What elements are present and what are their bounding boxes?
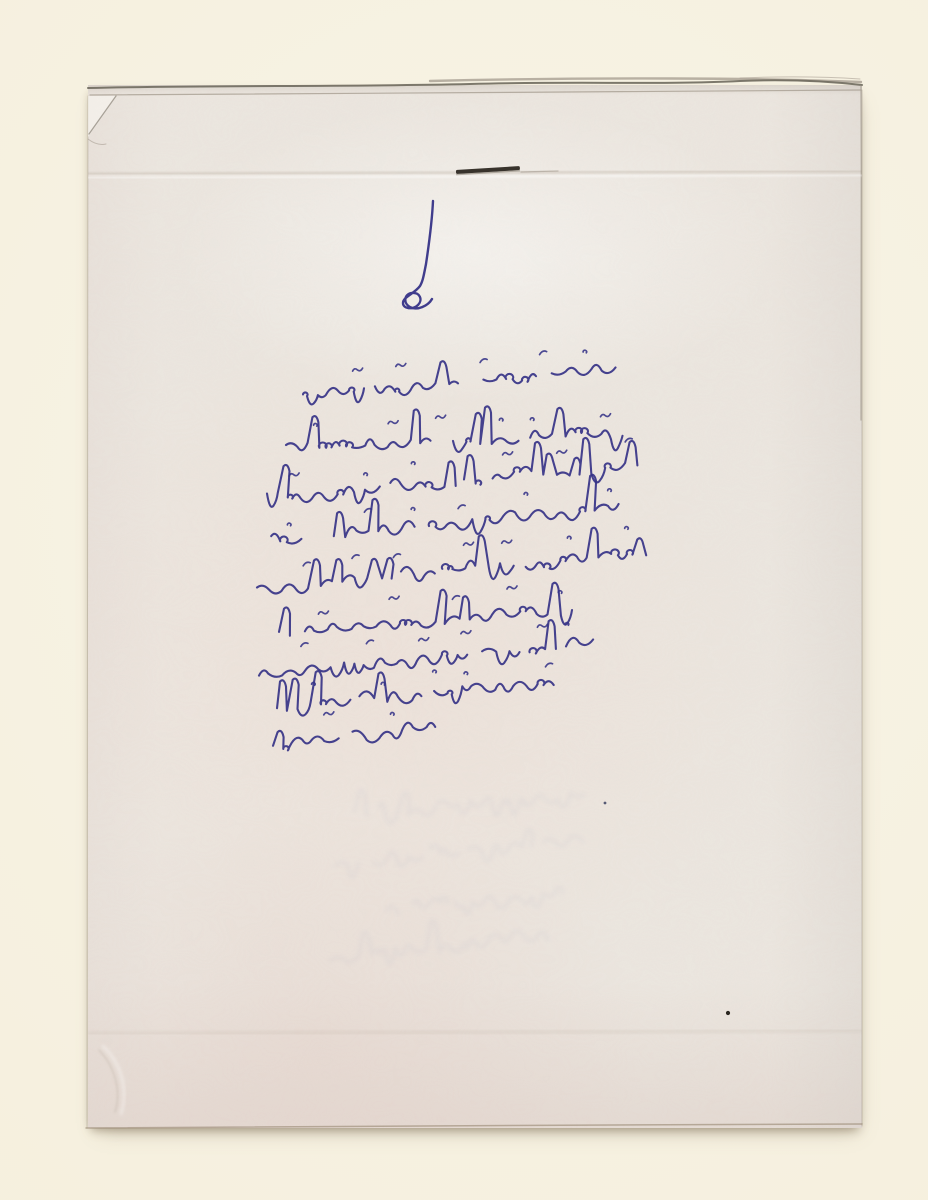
scan-overlay [0,0,928,1200]
scanned-photo [0,0,928,1200]
paper-grain [88,85,862,1128]
ink-speck [726,1011,730,1015]
paper-left-edge [87,96,88,1128]
paper-right-edge-top [861,86,862,420]
ink-speck [604,802,607,805]
